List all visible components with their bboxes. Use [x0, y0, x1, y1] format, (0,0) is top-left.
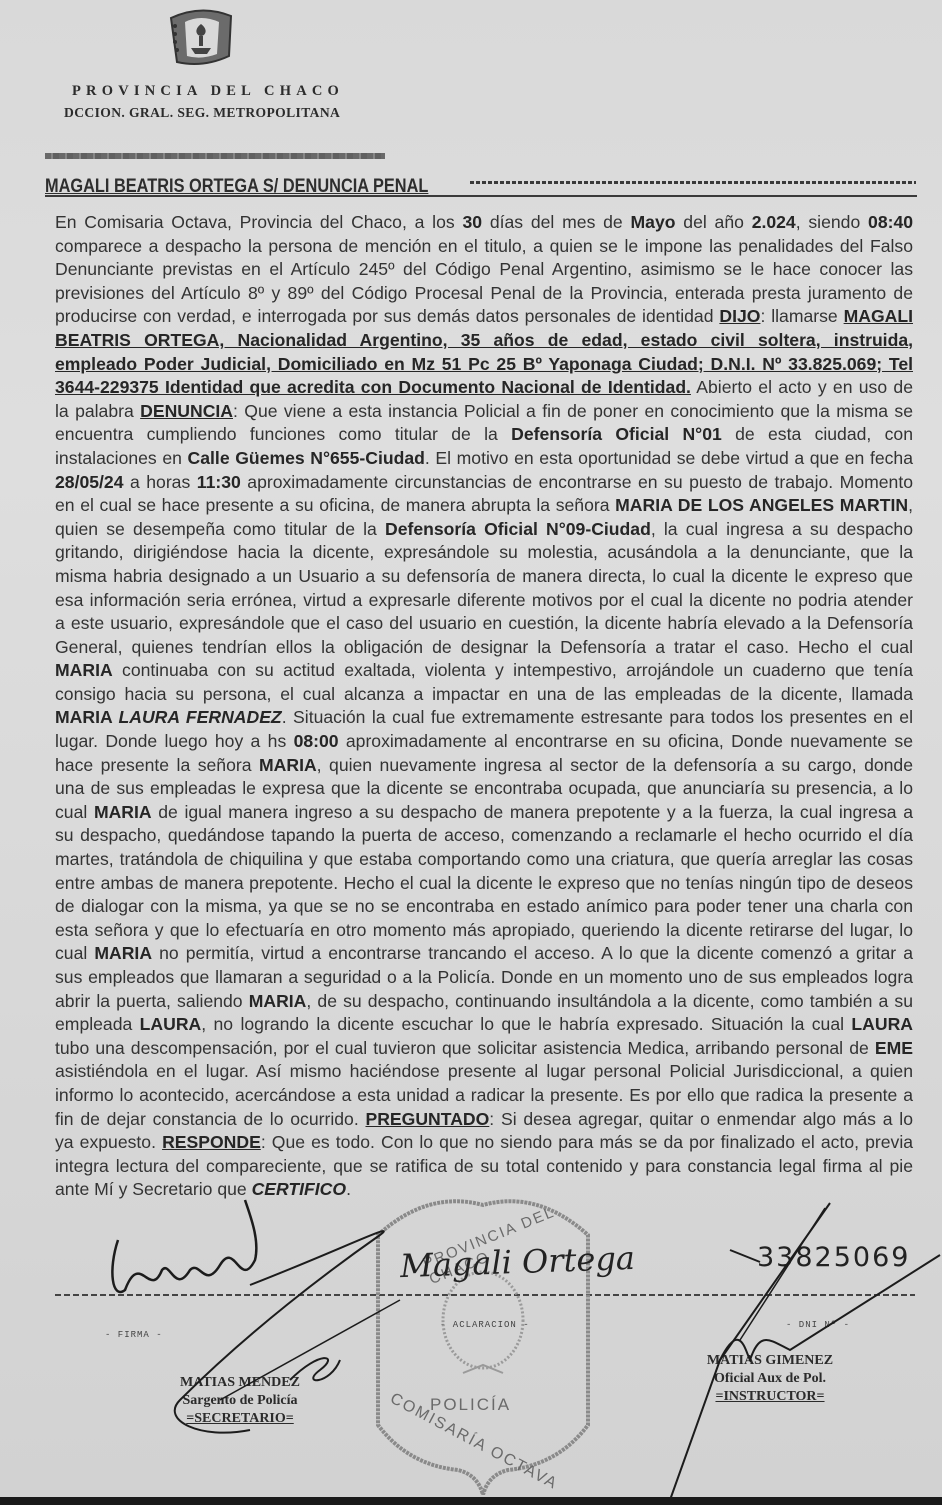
body-line: gritando, dirigiéndose hacia la dicente,…	[55, 541, 913, 565]
text-run: encuentra cumpliendo funciones como titu…	[55, 424, 511, 444]
text-run: empleado Poder Judicial, Domiciliado en …	[55, 354, 913, 374]
text-run: quien se desempeña como titular de la	[55, 519, 385, 539]
text-run: MARIA DE LOS ANGELES MARTIN	[615, 495, 908, 515]
text-run: : Que viene a esta instancia Policial a …	[233, 401, 913, 421]
body-line: hace presente la señora MARIA, quien nue…	[55, 754, 913, 778]
text-run: la palabra	[55, 401, 140, 421]
text-run: una de sus empleadas le expresa que la d…	[55, 778, 913, 798]
body-line: 3644-229375 Identidad que acredita con D…	[55, 376, 913, 400]
text-run: LAURA	[140, 1014, 202, 1034]
department-heading: DCCION. GRAL. SEG. METROPOLITANA	[64, 106, 340, 122]
text-run: 08:40	[868, 212, 913, 232]
text-run: , de su despacho, continuando insultándo…	[306, 991, 913, 1011]
text-run: : Si desea agregar, quitar o enmendar al…	[489, 1109, 913, 1129]
body-line: quien se desempeña como titular de la De…	[55, 518, 913, 542]
body-line: instalaciones en Calle Güemes N°655-Ciud…	[55, 447, 913, 471]
text-run: días del mes de	[482, 212, 630, 232]
province-heading: PROVINCIA DEL CHACO	[72, 83, 344, 100]
text-run: LAURA	[851, 1014, 913, 1034]
text-run: ante Mí y Secretario que	[55, 1179, 252, 1199]
body-line: lugar. Donde luego hoy a hs 08:00 aproxi…	[55, 730, 913, 754]
body-line: integra lectura del compareciente, que s…	[55, 1155, 913, 1179]
text-run: Denunciante previstas en el Artículo 245…	[55, 259, 913, 279]
text-run: En Comisaria Octava, Provincia del Chaco…	[55, 212, 462, 232]
text-run: gritando, dirigiéndose hacia la dicente,…	[55, 542, 913, 562]
body-line: empleado Poder Judicial, Domiciliado en …	[55, 353, 913, 377]
text-run: empleada	[55, 1014, 140, 1034]
text-run: General, quienes tendrían ellos la oblig…	[55, 637, 913, 657]
text-run: MARIA	[94, 943, 152, 963]
body-line: la palabra DENUNCIA: Que viene a esta in…	[55, 400, 913, 424]
text-run: martes, tratándola de chiquilina y que e…	[55, 849, 913, 869]
body-line: abrir la puerta, saliendo MARIA, de su d…	[55, 990, 913, 1014]
text-run: lugar. Donde luego hoy a hs	[55, 731, 294, 751]
text-run: BEATRIS ORTEGA, Nacionalidad Argentino, …	[55, 330, 913, 350]
text-run: : Que es todo. Con lo que no siendo para…	[261, 1132, 913, 1152]
text-run: a este usuario, expresándole que el caso…	[55, 613, 913, 633]
body-line: producirse con verdad, e interrogada por…	[55, 305, 913, 329]
text-run: instalaciones en	[55, 448, 188, 468]
body-line: MARIA continuaba con su actitud exaltada…	[55, 659, 913, 683]
body-line: informo lo acontecido, acercándose a est…	[55, 1084, 913, 1108]
text-run: 30	[462, 212, 482, 232]
text-run: .	[346, 1179, 351, 1199]
body-line: 28/05/24 a horas 11:30 aproximadamente c…	[55, 471, 913, 495]
text-run: fin de dejar constancia de lo ocurrido.	[55, 1109, 365, 1129]
page-bottom-edge	[0, 1497, 942, 1505]
text-run: MARIA	[259, 755, 317, 775]
text-run: esa información seria errónea, virtud a …	[55, 590, 913, 610]
text-run: DIJO	[719, 306, 760, 326]
text-run: del año	[676, 212, 752, 232]
text-run: Mayo	[631, 212, 676, 232]
text-run: cual	[55, 802, 94, 822]
text-run: RESPONDE	[162, 1132, 261, 1152]
text-run: MARIA	[249, 991, 307, 1011]
handwritten-dni: 33825069	[757, 1242, 910, 1273]
text-run: comparece a despacho la persona de menci…	[55, 236, 913, 256]
body-line: una de sus empleadas le expresa que la d…	[55, 777, 913, 801]
body-line: cual MARIA de igual manera ingreso a su …	[55, 801, 913, 825]
body-line: previsiones del Artículo 8º y 89º del Có…	[55, 282, 913, 306]
text-run: a horas	[124, 472, 197, 492]
text-run: cual	[55, 943, 94, 963]
text-run: 2.024	[752, 212, 796, 232]
text-run: asistiéndola en el lugar. Así mismo haci…	[55, 1061, 913, 1081]
body-line: consigo hacia su persona, el cual alcanz…	[55, 683, 913, 707]
body-line: empleada LAURA, no logrando la dicente e…	[55, 1013, 913, 1037]
body-line: Denunciante previstas en el Artículo 245…	[55, 258, 913, 282]
text-run: , no logrando la dicente escuchar lo que…	[201, 1014, 851, 1034]
title-underline	[45, 195, 917, 197]
body-line: entre ambas de manera prepotente. Hecho …	[55, 872, 913, 896]
instructor-rank: Oficial Aux de Pol.	[690, 1370, 850, 1388]
body-line: esa información seria errónea, virtud a …	[55, 589, 913, 613]
body-line: cual MARIA no permitía, virtud a encontr…	[55, 942, 913, 966]
text-run: en el cual se hace presente a su oficina…	[55, 495, 615, 515]
text-run: consigo hacia su persona, el cual alcanz…	[55, 684, 913, 704]
text-run: : llamarse	[760, 306, 843, 326]
text-run: aproximadamente al encontrarse en su ofi…	[339, 731, 913, 751]
text-run: no permitía, virtud a encontrarse tranca…	[152, 943, 913, 963]
text-run: Defensoría Oficial N°01	[511, 424, 722, 444]
body-line: esta señora y que lo efectuaría en otro …	[55, 919, 913, 943]
text-run: integra lectura del compareciente, que s…	[55, 1156, 913, 1176]
body-line: su despacho, quedándose tapando la puert…	[55, 824, 913, 848]
text-run: de dialogar con la misma, ya que se no s…	[55, 896, 913, 916]
text-run: MARIA	[94, 802, 152, 822]
body-line: encuentra cumpliendo funciones como titu…	[55, 423, 913, 447]
text-run: ,	[908, 495, 913, 515]
text-run: PREGUNTADO	[365, 1109, 489, 1129]
text-run: , quien nuevamente ingresa al sector de …	[317, 755, 913, 775]
text-run: aproximadamente circunstancias de encont…	[241, 472, 913, 492]
text-run: abrir la puerta, saliendo	[55, 991, 249, 1011]
text-run: Abierto el acto y en uso de	[691, 377, 913, 397]
text-run: MARIA	[55, 707, 119, 727]
body-line: sus empleados que llamaran a seguridad o…	[55, 966, 913, 990]
body-line: en el cual se hace presente a su oficina…	[55, 494, 913, 518]
text-run: esta señora y que lo efectuaría en otro …	[55, 920, 913, 940]
complaint-body: En Comisaria Octava, Provincia del Chaco…	[55, 211, 913, 1202]
police-stamp: PROVINCIA DEL CHACO POLICÍA COMISARÍA OC…	[358, 1195, 608, 1495]
body-line: fin de dejar constancia de lo ocurrido. …	[55, 1108, 913, 1132]
text-run: ya expuesto.	[55, 1132, 162, 1152]
text-run: CERTIFICO	[252, 1179, 347, 1199]
text-run: Defensoría Oficial N°09-Ciudad	[385, 519, 651, 539]
body-line: martes, tratándola de chiquilina y que e…	[55, 848, 913, 872]
body-line: ya expuesto. RESPONDE: Que es todo. Con …	[55, 1131, 913, 1155]
text-run: entre ambas de manera prepotente. Hecho …	[55, 873, 913, 893]
secretary-block: MATIAS MENDEZ Sargento de Policía =SECRE…	[150, 1374, 330, 1428]
text-run: . El motivo en esta oportunidad se debe …	[425, 448, 913, 468]
header-divider	[45, 153, 385, 159]
body-line: a este usuario, expresándole que el caso…	[55, 612, 913, 636]
text-run: su despacho, quedándose tapando la puert…	[55, 825, 913, 845]
body-line: de dialogar con la misma, ya que se no s…	[55, 895, 913, 919]
instructor-name: MATIAS GIMENEZ	[690, 1352, 850, 1370]
text-run: tubo una descompensación, por el cual tu…	[55, 1038, 875, 1058]
body-line: comparece a despacho la persona de menci…	[55, 235, 913, 259]
text-run: de esta ciudad, con	[722, 424, 913, 444]
text-run: MAGALI	[844, 306, 913, 326]
title-dash-fill	[470, 181, 916, 184]
text-run: 08:00	[294, 731, 339, 751]
text-run: 28/05/24	[55, 472, 124, 492]
text-run: DENUNCIA	[140, 401, 233, 421]
text-run: MARIA	[55, 660, 113, 680]
body-line: tubo una descompensación, por el cual tu…	[55, 1037, 913, 1061]
text-run: LAURA FERNADEZ	[119, 707, 282, 727]
text-run: sus empleados que llamaran a seguridad o…	[55, 967, 913, 987]
body-line: En Comisaria Octava, Provincia del Chaco…	[55, 211, 913, 235]
dni-label: - DNI Nº -	[786, 1320, 850, 1330]
text-run: misma habria designado a un Usuario a su…	[55, 566, 913, 586]
instructor-role: =INSTRUCTOR=	[690, 1388, 850, 1406]
body-line: MARIA LAURA FERNADEZ. Situación la cual …	[55, 706, 913, 730]
stamp-center-text: POLICÍA	[430, 1395, 511, 1415]
text-run: Calle Güemes N°655-Ciudad	[188, 448, 425, 468]
text-run: informo lo acontecido, acercándose a est…	[55, 1085, 913, 1105]
text-run: 11:30	[197, 472, 241, 492]
firma-label: - FIRMA -	[105, 1330, 163, 1340]
text-run: continuaba con su actitud exaltada, viol…	[113, 660, 913, 680]
text-run: hace presente la señora	[55, 755, 259, 775]
body-line: BEATRIS ORTEGA, Nacionalidad Argentino, …	[55, 329, 913, 353]
body-line: General, quienes tendrían ellos la oblig…	[55, 636, 913, 660]
text-run: EME	[875, 1038, 913, 1058]
text-run: 3644-229375 Identidad que acredita con D…	[55, 377, 691, 397]
secretary-rank: Sargento de Policía	[150, 1392, 330, 1410]
secretary-role: =SECRETARIO=	[150, 1410, 330, 1428]
body-line: misma habria designado a un Usuario a su…	[55, 565, 913, 589]
chaco-coat-of-arms-icon	[163, 6, 239, 72]
body-line: asistiéndola en el lugar. Así mismo haci…	[55, 1060, 913, 1084]
text-run: . Situación la cual fue extremamente est…	[282, 707, 913, 727]
text-run: previsiones del Artículo 8º y 89º del Có…	[55, 283, 913, 303]
text-run: producirse con verdad, e interrogada por…	[55, 306, 719, 326]
text-run: , la cual ingresa a su despacho	[651, 519, 913, 539]
text-run: de igual manera ingreso a su despacho de…	[152, 802, 913, 822]
secretary-name: MATIAS MENDEZ	[150, 1374, 330, 1392]
instructor-block: MATIAS GIMENEZ Oficial Aux de Pol. =INST…	[690, 1352, 850, 1406]
text-run: , siendo	[796, 212, 868, 232]
